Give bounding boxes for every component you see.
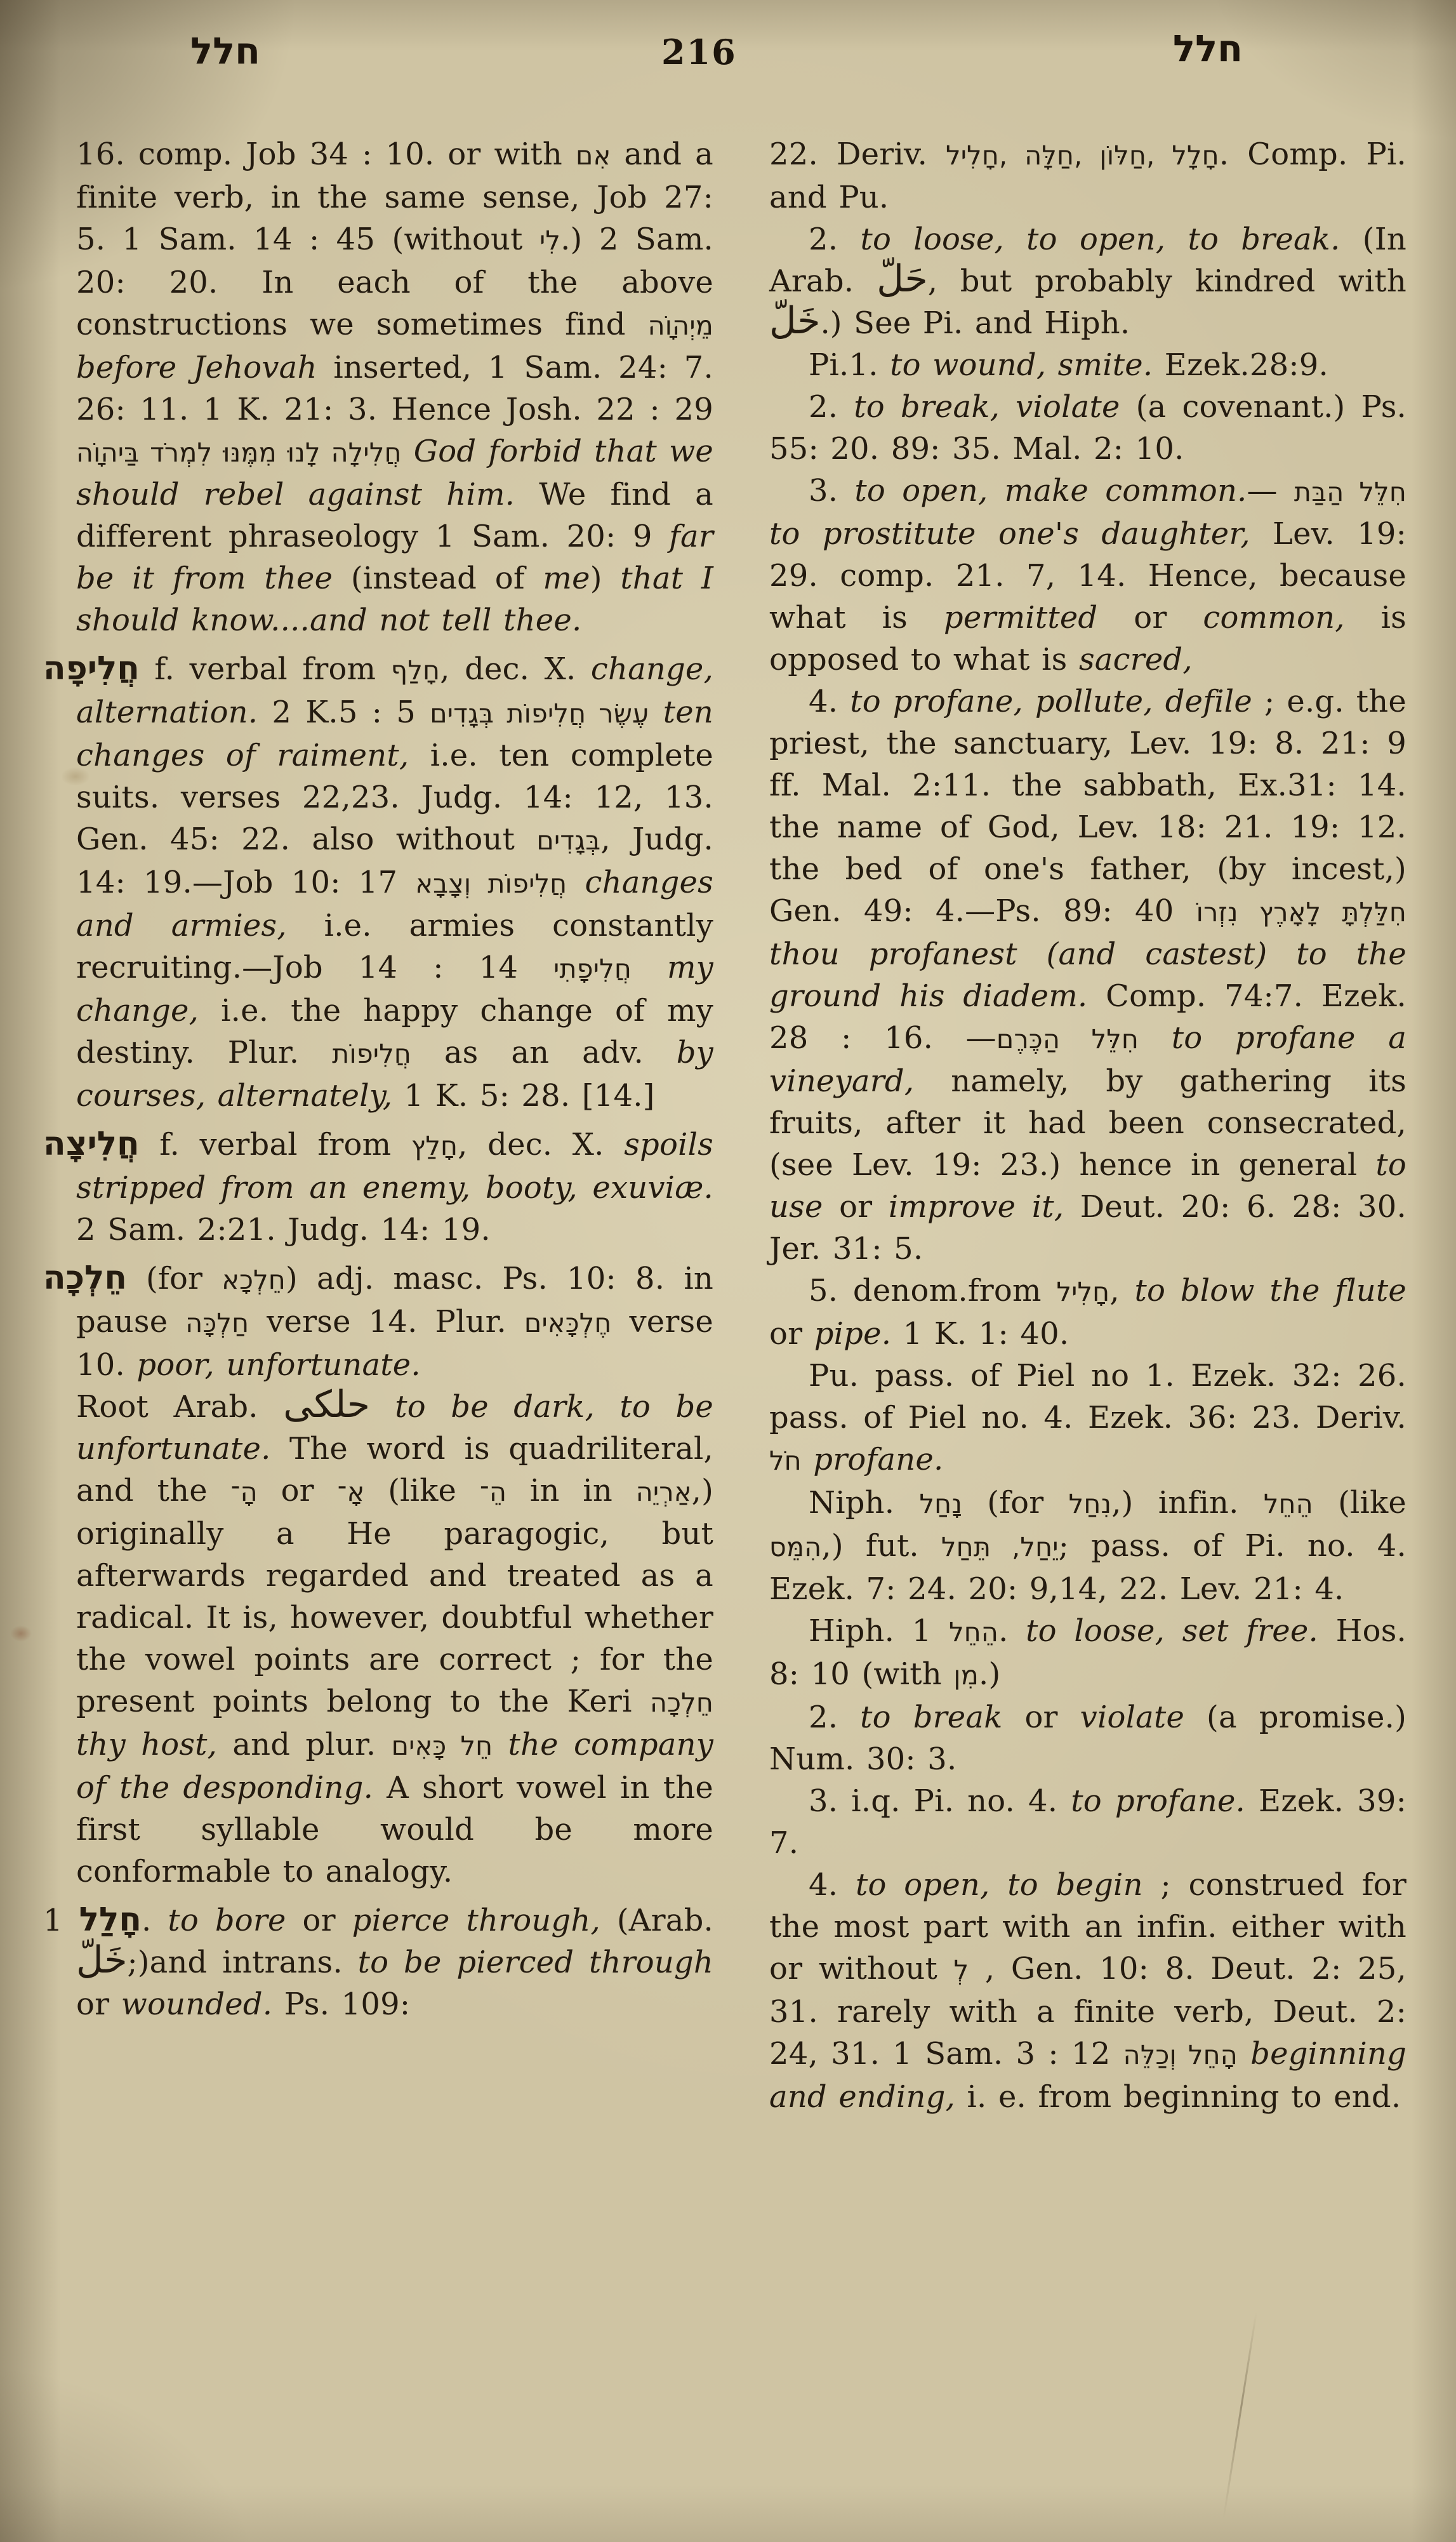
paragraph: 4. to profane, pollute, defile ; e.g. th… <box>769 681 1406 1270</box>
italic-text-run: improve it, <box>889 1189 1064 1225</box>
italic-text-run: to prostitute one's daughter, <box>769 516 1250 552</box>
paragraph: חֵלְכָה (for חֵלְכָא) adj. masc. Ps. 10:… <box>76 1257 713 1386</box>
italic-text-run: to bore <box>168 1903 286 1938</box>
text-run: as an adv. <box>411 1035 677 1070</box>
paragraph: 3. to open, make common.— חִלֵּל הַבַּת … <box>769 470 1406 681</box>
text-run: Root Arab. <box>76 1389 283 1425</box>
text-run: or <box>1002 1700 1080 1735</box>
text-run: , dec. X. <box>458 1127 624 1162</box>
text-run: 4. <box>809 1867 856 1903</box>
text-run: i. e. from beginning to end. <box>955 2079 1401 2115</box>
text-run: ) <box>590 561 621 596</box>
hebrew-text: אַרְיֵה <box>636 1477 692 1507</box>
hebrew-text: חַלְכָּה <box>185 1308 249 1338</box>
italic-text-run: to open, to begin <box>856 1867 1143 1903</box>
hebrew-text: חֵלְכָה <box>650 1687 713 1718</box>
hebrew-text: מֵיְהוָֹה <box>648 310 713 341</box>
italic-text-run: permitted <box>944 600 1097 635</box>
hebrew-text: אָ־ <box>338 1477 365 1507</box>
paragraph: 2. to break or violate (a promise.) Num.… <box>769 1696 1406 1780</box>
scanned-lexicon-page: { "header": { "left_word": "חלל", "page_… <box>0 0 1456 2542</box>
hebrew-text: הִמֵּס <box>769 1532 821 1562</box>
italic-text-run: to profane, pollute, defile <box>850 684 1252 719</box>
arabic-text: حلكى <box>283 1383 370 1426</box>
paragraph: חָלַל 1. to bore or pierce through, (Ara… <box>76 1899 713 2025</box>
text-run: 22. Deriv. <box>769 136 946 172</box>
arabic-text: خَلّ <box>769 299 821 342</box>
hebrew-text: אִם <box>576 140 611 171</box>
text-run: Pu. pass. of Piel no 1. Ezek. 32: 26. pa… <box>769 1358 1406 1435</box>
text-run: .) <box>979 1656 1000 1692</box>
italic-text-run: common, <box>1203 600 1344 635</box>
text-run: or <box>286 1903 352 1938</box>
italic-text-run: to loose, to open, to break. <box>860 222 1340 257</box>
hebrew-text: הֵחֵל <box>949 1617 998 1647</box>
arabic-text: خَلّ <box>76 1938 128 1981</box>
hebrew-text: חִלַּלְתָּ לָאָרֶץ נִזְרוֹ <box>1196 897 1406 928</box>
text-run: Ezek.28:9. <box>1153 347 1328 383</box>
italic-text-run: violate <box>1080 1700 1184 1735</box>
hebrew-text: חֵל כָּאִים <box>392 1731 493 1761</box>
paper-stain <box>10 1625 32 1642</box>
text-run: f. verbal from <box>140 1127 411 1162</box>
italic-text-run: pierce through, <box>352 1903 600 1938</box>
header-hebrew-right: חלל <box>1173 27 1243 70</box>
paragraph: 5. denom.from חָלִיל, to blow the flute … <box>769 1270 1406 1355</box>
text-run: , <box>1109 1273 1134 1308</box>
column-right: 22. Deriv. חָלָל ,חַלּוֹן ,חַלָּה ,חָלִי… <box>769 133 1406 2118</box>
text-run: (Arab. <box>600 1903 713 1938</box>
italic-text-run: sacred, <box>1079 642 1193 677</box>
paragraph: Hiph. הֵחֵל 1. to loose, set free. Hos. … <box>769 1610 1406 1696</box>
hebrew-text: לְ <box>954 1955 969 1985</box>
text-run: or <box>823 1189 889 1225</box>
text-run: or <box>258 1473 338 1508</box>
text-run: Niph. <box>809 1485 920 1521</box>
paragraph: 2. to loose, to open, to break. (In Arab… <box>769 218 1406 344</box>
hebrew-text: נָחַל <box>920 1489 963 1519</box>
text-run: or <box>76 1986 121 2022</box>
hebrew-text: חֶלְכָּאִים <box>524 1308 612 1338</box>
text-run: Ps. 109: <box>272 1986 410 2022</box>
column-left: 16. comp. Job 34 : 10. or with אִם and a… <box>43 133 713 2025</box>
text-run: 2 K.5 : 5 <box>258 695 430 730</box>
italic-text-run: to wound, smite. <box>890 347 1153 383</box>
text-run: 2. <box>809 1700 860 1735</box>
hebrew-text: עֶשֶׂר חֲלִיפוֹת בְּגָדִים <box>430 698 649 729</box>
text-run: ,) infin. <box>1111 1485 1264 1521</box>
text-run: 3. i.q. Pi. no. 4. <box>809 1783 1071 1819</box>
paragraph: Pu. pass. of Piel no 1. Ezek. 32: 26. pa… <box>769 1355 1406 1482</box>
text-run: (like <box>1313 1485 1406 1521</box>
text-run: 2 Sam. 2:21. Judg. 14: 19. <box>76 1212 491 1248</box>
text-run: — <box>1247 473 1294 509</box>
hebrew-text: הֵחֵל <box>1264 1489 1313 1519</box>
hebrew-text: חֹל <box>769 1446 802 1476</box>
text-run: 2. <box>809 389 854 425</box>
paragraph: Root Arab. حلكى to be dark, to be unfort… <box>76 1386 713 1893</box>
paragraph: 4. to open, to begin ; construed for the… <box>769 1864 1406 2118</box>
italic-text-run: to be pierced through <box>358 1945 713 1980</box>
paragraph: 2. to break, violate (a covenant.) Ps. 5… <box>769 386 1406 470</box>
italic-text-run: to break <box>860 1700 1002 1735</box>
italic-text-run: to open, make common. <box>854 473 1247 509</box>
text-run: .) See Pi. and Hiph. <box>821 305 1130 341</box>
text-run: 2. <box>809 222 860 257</box>
hebrew-text: לִי <box>539 225 560 256</box>
italic-text-run: poor, unfortunate. <box>136 1347 420 1383</box>
paragraph: 3. i.q. Pi. no. 4. to profane. Ezek. 39:… <box>769 1780 1406 1864</box>
text-run: 1 K. 1: 40. <box>891 1316 1069 1352</box>
hebrew-headword: חָלַל <box>79 1901 142 1939</box>
hebrew-text: נִחַל <box>1069 1489 1112 1519</box>
header-hebrew-left: חלל <box>190 29 260 72</box>
page-header: חלל 216 חלל <box>0 27 1456 84</box>
text-run: 4. <box>809 684 850 719</box>
hebrew-text: הֵ־ <box>480 1477 506 1507</box>
italic-text-run: profane. <box>802 1442 944 1477</box>
hebrew-text: חָלִיל <box>1056 1277 1109 1307</box>
text-run: (for <box>962 1485 1069 1521</box>
text-run: 16. comp. Job 34 : 10. or with <box>76 136 576 172</box>
text-run: Hiph. <box>809 1613 912 1649</box>
hebrew-text: חֲלִילָה לָנוּ מִמֶּנּוּ לִמְרֹד בַּיהוָ… <box>76 437 402 468</box>
text-run: ,) fut. <box>821 1528 941 1564</box>
paragraph: חֲלִיפָה f. verbal from חָלַף, dec. X. c… <box>76 648 713 1117</box>
hebrew-text: חֲלִיפוֹת וְצָבָא <box>415 868 567 899</box>
text-run: f. verbal from <box>140 651 391 687</box>
hebrew-text: הָ־ <box>231 1477 258 1507</box>
hebrew-text: חִלֵּל הַבַּת <box>1294 477 1406 507</box>
hebrew-text: חָלַף <box>391 655 440 686</box>
text-run: ; e.g. the priest, the sanctuary, Lev. 1… <box>769 684 1406 929</box>
paragraph: Pi.1. to wound, smite. Ezek.28:9. <box>769 344 1406 386</box>
arabic-text: حَلّ <box>877 257 928 300</box>
hebrew-text: חֵלְכָא <box>222 1265 286 1295</box>
italic-text-run: me <box>543 561 590 596</box>
italic-text-run: thy host, <box>76 1727 217 1762</box>
italic-text-run: to break, violate <box>854 389 1120 425</box>
hebrew-headword: חֵלְכָה <box>43 1259 127 1297</box>
italic-text-run: pipe. <box>814 1316 891 1352</box>
hebrew-text: הָחֵל וְכַלֵּה <box>1123 2040 1238 2070</box>
paragraph: Niph. נָחַל (for נִחַל,) infin. הֵחֵל (l… <box>769 1482 1406 1610</box>
hebrew-text: חֲלִיפָתִי <box>553 954 632 984</box>
paper-crease <box>1222 2312 1257 2519</box>
hebrew-text: מִן <box>953 1660 979 1691</box>
hebrew-text: יֵחַל, תֵּחַל <box>941 1532 1059 1562</box>
hebrew-text: בְּגָדִים <box>536 825 600 856</box>
italic-text-run: before Jehovah <box>76 350 317 385</box>
text-run: 3. <box>809 473 854 509</box>
hebrew-text: חָלַץ <box>411 1131 458 1161</box>
text-run: verse 14. Plur. <box>249 1304 524 1340</box>
paragraph: חֲלִיצָה f. verbal from חָלַץ, dec. X. s… <box>76 1123 713 1251</box>
text-run: in in <box>506 1473 636 1508</box>
text-run: Pi.1. <box>809 347 890 383</box>
text-run: or <box>769 1316 814 1352</box>
text-run: ;)and intrans. <box>128 1945 358 1980</box>
page-number: 216 <box>661 32 737 72</box>
text-run: 1 K. 5: 28. [14.] <box>392 1078 654 1114</box>
text-run: (like <box>364 1473 479 1508</box>
text-run: and plur. <box>217 1727 391 1762</box>
paragraph: 16. comp. Job 34 : 10. or with אִם and a… <box>76 133 713 641</box>
text-run: 5. denom.from <box>809 1273 1056 1308</box>
hebrew-text: חָלָל ,חַלּוֹן ,חַלָּה ,חָלִיל <box>946 140 1219 171</box>
hebrew-headword: חֲלִיפָה <box>43 649 140 688</box>
text-run: (for <box>127 1261 222 1296</box>
italic-text-run: to blow the flute <box>1135 1273 1406 1308</box>
text-run: or <box>1097 600 1203 635</box>
italic-text-run: wounded. <box>121 1986 273 2022</box>
hebrew-text: חִלֵּל הַכֶּרֶם <box>996 1024 1139 1055</box>
hebrew-text: חֲלִיפוֹת <box>332 1039 411 1069</box>
text-run: (instead of <box>333 561 543 596</box>
italic-text-run: to profane. <box>1071 1783 1245 1819</box>
italic-text-run: to loose, set free. <box>1026 1613 1318 1649</box>
text-run: , dec. X. <box>440 651 591 687</box>
text-run: ,) originally a He paragogic, but afterw… <box>76 1473 713 1719</box>
text-run: , but probably kindred with <box>928 263 1406 299</box>
paragraph: 22. Deriv. חָלָל ,חַלּוֹן ,חַלָּה ,חָלִי… <box>769 133 1406 218</box>
hebrew-headword: חֲלִיצָה <box>43 1125 140 1163</box>
